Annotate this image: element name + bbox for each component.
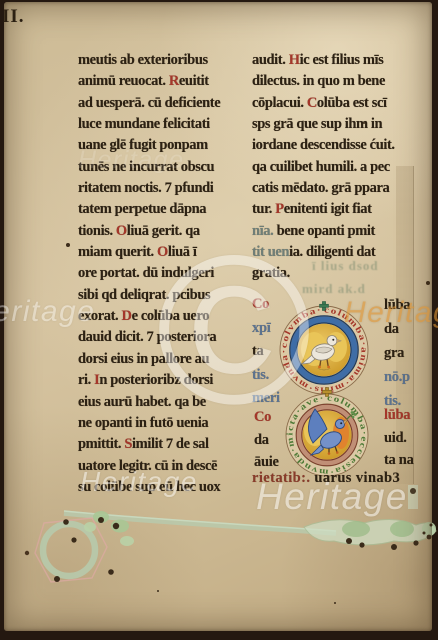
medallion2-left-fragments: Codaāuie bbox=[254, 406, 279, 474]
manuscript-text-line: rietatib:. uarus vinab3 bbox=[252, 468, 400, 489]
fragment-line: xpī bbox=[252, 317, 280, 341]
manuscript-text-line: qa cuilibet humili. a pec bbox=[252, 157, 416, 178]
ink-speck bbox=[426, 281, 430, 285]
manuscript-text-line: dauid dicit. 7 posteriora bbox=[78, 327, 238, 348]
dove-medallion-first: columba·anima·mitis·mvnda·colvmba· bbox=[277, 301, 371, 397]
manuscript-text-line: sps grā que sup ihm in bbox=[252, 114, 416, 135]
manuscript-text-line: gratia. bbox=[252, 263, 416, 284]
manuscript-text-line: eius aurū habet. qa be bbox=[78, 392, 238, 413]
manuscript-text-line: luce mundane felicitati bbox=[78, 114, 238, 135]
pen-flourish-ornament bbox=[4, 485, 438, 631]
manuscript-text-line: tunēs ne incurrat obscu bbox=[78, 157, 238, 178]
fragment-line: lūba bbox=[384, 293, 410, 317]
manuscript-text-line: ne opanti in futō uenia bbox=[78, 413, 238, 434]
ink-speck bbox=[334, 602, 336, 604]
manuscript-text-line: ri. In posterioribz dorsi bbox=[78, 370, 238, 391]
parchment-leaf: II. meutis ab exterioribusanimū reuocat.… bbox=[4, 2, 432, 631]
manuscript-text-line: tatem perpetue dāpna bbox=[78, 199, 238, 220]
manuscript-text-line: miam querit. Oliuā ī bbox=[78, 242, 238, 263]
dragon-sketch-icon bbox=[304, 485, 436, 550]
manuscript-text-line: pmittit. Similit 7 de sal bbox=[78, 434, 238, 455]
medallion2-right-fragments: lūbauid.ta na bbox=[384, 404, 414, 472]
fragment-line: uid. bbox=[384, 427, 414, 450]
manuscript-text-line: cōplacui. Colūba est scī bbox=[252, 93, 416, 114]
manuscript-text-line: uatore legitr. cū in descē bbox=[78, 456, 238, 477]
text-column-left: meutis ab exterioribusanimū reuocat. Reu… bbox=[78, 50, 238, 498]
fragment-line: da bbox=[254, 429, 279, 452]
manuscript-text-line: tur. Penitenti igit fiat bbox=[252, 199, 416, 220]
fragment-line: Co bbox=[254, 406, 279, 429]
manuscript-text-line: meutis ab exterioribus bbox=[78, 50, 238, 71]
manuscript-text-line: tionis. Oliuā gerit. qa bbox=[78, 221, 238, 242]
fragment-line: gra bbox=[384, 341, 410, 365]
manuscript-text-line: ad uesperā. cū deficiente bbox=[78, 93, 238, 114]
text-column-right: audit. Hic est filius mīsdilectus. in qu… bbox=[252, 50, 416, 285]
ink-speck bbox=[66, 243, 70, 247]
fragment-line: Co bbox=[252, 293, 280, 317]
manuscript-text-line: iordane descendisse ćuit. bbox=[252, 135, 416, 156]
fragment-line: tis. bbox=[252, 364, 280, 388]
manuscript-text-line: uane glē fugit ponpam bbox=[78, 135, 238, 156]
manuscript-text-line: tit uenia. diligenti dat bbox=[252, 242, 416, 263]
fragment-line: da bbox=[384, 317, 410, 341]
fragment-line: ta bbox=[252, 340, 280, 364]
medallion1-left-fragments: Coxpītatis.meri bbox=[252, 293, 280, 411]
manuscript-text-line: animū reuocat. Reuitit bbox=[78, 71, 238, 92]
manuscript-text-line: ritatem noctis. 7 pfundi bbox=[78, 178, 238, 199]
medallion1-right-fragments: lūbadagranō.ptis. bbox=[384, 293, 410, 413]
manuscript-text-line: sibi qd deliqrat. pcibus bbox=[78, 285, 238, 306]
medallion-bottom-line: rietatib:. uarus vinab3 bbox=[252, 468, 400, 489]
manuscript-text-line: exorat. De colūba uero bbox=[78, 306, 238, 327]
ink-speck bbox=[363, 122, 365, 124]
manuscript-text-line: ore portat. dū indulgeri bbox=[78, 263, 238, 284]
manuscript-text-line: nīa. bene opanti pmit bbox=[252, 221, 416, 242]
manuscript-text-line: audit. Hic est filius mīs bbox=[252, 50, 416, 71]
dove-medallion-second: columba·ecclesia·mvnda·micta·ave· bbox=[283, 387, 371, 479]
manuscript-text-line: dilectus. in quo m bene bbox=[252, 71, 416, 92]
ink-speck bbox=[157, 590, 159, 592]
manuscript-photo: II. meutis ab exterioribusanimū reuocat.… bbox=[0, 0, 438, 640]
manuscript-text-line: catis mēdato. grā ppara bbox=[252, 178, 416, 199]
fragment-line: nō.p bbox=[384, 365, 410, 389]
fragment-line: lūba bbox=[384, 404, 414, 427]
vine-loop-icon bbox=[25, 511, 134, 582]
folio-number: II. bbox=[2, 6, 25, 28]
manuscript-text-line: dorsi eius in pallore au bbox=[78, 349, 238, 370]
